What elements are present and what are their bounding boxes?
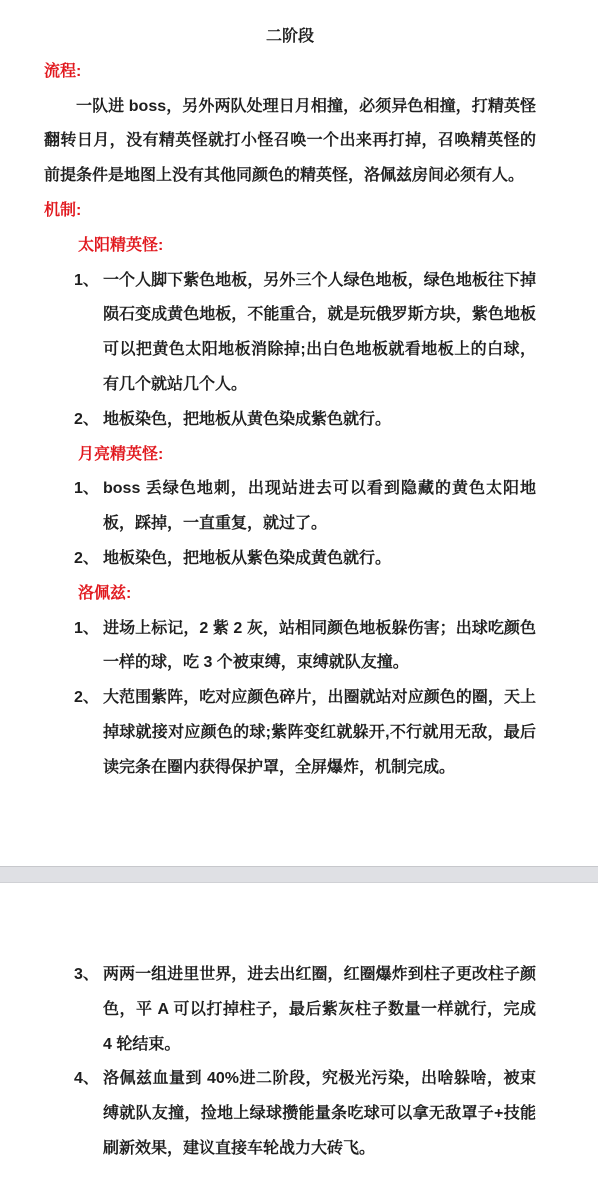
list-item-moon-1: 1、 boss 丢绿色地刺，出现站进去可以看到隐藏的黄色太阳地板，踩掉，一直重复… xyxy=(44,472,536,542)
flow-paragraph: 一队进 boss，另外两队处理日月相撞，必须异色相撞，打精英怪翻转日月，没有精英… xyxy=(44,90,536,194)
page-break-divider xyxy=(0,866,598,883)
list-item-text: 两两一组进里世界，进去出红圈，红圈爆炸到柱子更改柱子颜色，平 A 可以打掉柱子，… xyxy=(103,958,536,1062)
list-item-lopez-3: 3、 两两一组进里世界，进去出红圈，红圈爆炸到柱子更改柱子颜色，平 A 可以打掉… xyxy=(44,958,536,1062)
list-number: 1、 xyxy=(74,612,99,647)
subheading-moon-elite: 月亮精英怪: xyxy=(78,438,536,473)
page-title: 二阶段 xyxy=(44,20,536,55)
list-item-text: 洛佩兹血量到 40%进二阶段，究极光污染，出啥躲啥，被束缚就队友撞，捡地上绿球攒… xyxy=(103,1062,536,1166)
list-item-text: 大范围紫阵，吃对应颜色碎片，出圈就站对应颜色的圈，天上掉球就接对应颜色的球;紫阵… xyxy=(103,681,536,785)
list-number: 4、 xyxy=(74,1062,99,1097)
list-number: 2、 xyxy=(74,542,99,577)
list-number: 2、 xyxy=(74,681,99,716)
list-number: 2、 xyxy=(74,403,99,438)
list-item-text: boss 丢绿色地刺，出现站进去可以看到隐藏的黄色太阳地板，踩掉，一直重复，就过… xyxy=(103,472,536,542)
list-item-moon-2: 2、 地板染色，把地板从紫色染成黄色就行。 xyxy=(44,542,536,577)
subheading-sun-elite: 太阳精英怪: xyxy=(78,229,536,264)
list-number: 3、 xyxy=(74,958,99,993)
list-number: 1、 xyxy=(74,264,99,299)
list-item-text: 地板染色，把地板从黄色染成紫色就行。 xyxy=(103,403,536,438)
list-item-lopez-4: 4、 洛佩兹血量到 40%进二阶段，究极光污染，出啥躲啥，被束缚就队友撞，捡地上… xyxy=(44,1062,536,1166)
list-item-text: 一个人脚下紫色地板，另外三个人绿色地板，绿色地板往下掉陨石变成黄色地板，不能重合… xyxy=(103,264,536,403)
heading-flow: 流程: xyxy=(44,55,536,90)
subheading-lopez: 洛佩兹: xyxy=(78,577,536,612)
list-item-sun-2: 2、 地板染色，把地板从黄色染成紫色就行。 xyxy=(44,403,536,438)
list-item-text: 地板染色，把地板从紫色染成黄色就行。 xyxy=(103,542,536,577)
document-page-2: 3、 两两一组进里世界，进去出红圈，红圈爆炸到柱子更改柱子颜色，平 A 可以打掉… xyxy=(0,883,598,1185)
list-item-text: 进场上标记，2 紫 2 灰，站相同颜色地板躲伤害；出球吃颜色一样的球，吃 3 个… xyxy=(103,612,536,682)
list-number: 1、 xyxy=(74,472,99,507)
list-item-sun-1: 1、 一个人脚下紫色地板，另外三个人绿色地板，绿色地板往下掉陨石变成黄色地板，不… xyxy=(44,264,536,403)
document-viewport: 二阶段 流程: 一队进 boss，另外两队处理日月相撞，必须异色相撞，打精英怪翻… xyxy=(0,0,598,1185)
list-item-lopez-1: 1、 进场上标记，2 紫 2 灰，站相同颜色地板躲伤害；出球吃颜色一样的球，吃 … xyxy=(44,612,536,682)
heading-mechanism: 机制: xyxy=(44,194,536,229)
document-page-1: 二阶段 流程: 一队进 boss，另外两队处理日月相撞，必须异色相撞，打精英怪翻… xyxy=(0,0,598,866)
list-item-lopez-2: 2、 大范围紫阵，吃对应颜色碎片，出圈就站对应颜色的圈，天上掉球就接对应颜色的球… xyxy=(44,681,536,785)
